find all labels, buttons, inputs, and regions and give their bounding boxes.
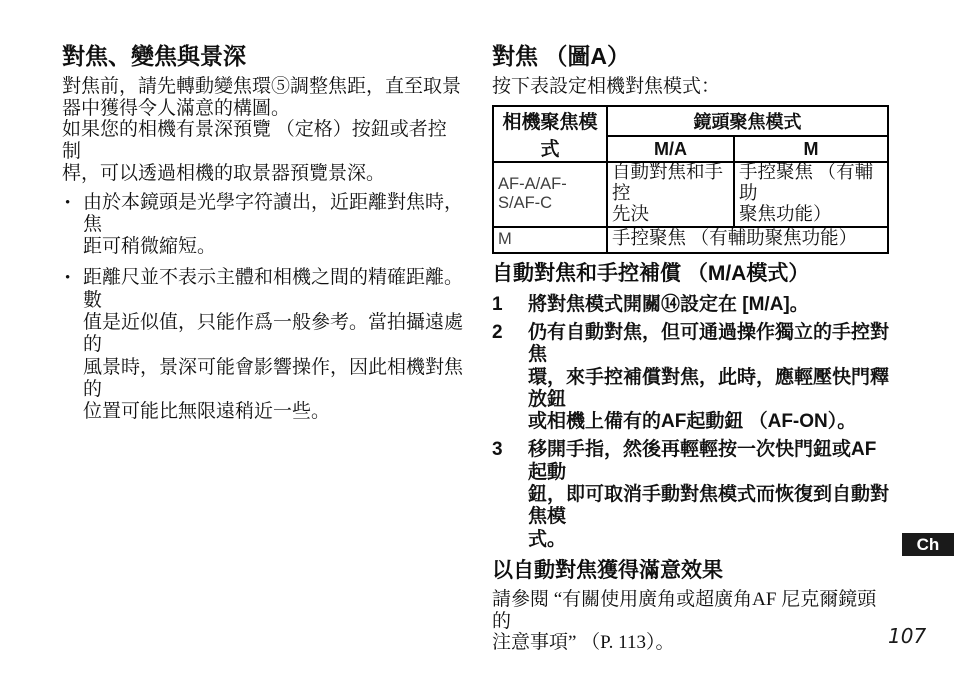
list-item: • 由於本鏡頭是光學字符讀出，近距離對焦時，焦 距可稍微縮短。 bbox=[62, 192, 464, 259]
header-lens-focus-mode: 鏡頭聚焦模式 bbox=[607, 106, 888, 137]
bullet-text-distance-scale: 距離尺並不表示主體和相機之間的精確距離。數 值是近似值，只能作爲一般參考。當拍攝… bbox=[83, 267, 464, 423]
language-badge-ch: Ch bbox=[902, 533, 954, 556]
ma-mode-steps: 1 將對焦模式開關⑭設定在 [M/A]。 2 仍有自動對焦，但可通過操作獨立的手… bbox=[492, 294, 894, 551]
cell-camera-mode-af: AF-A/AF-S/AF-C bbox=[493, 162, 607, 227]
bullet-text-focal-length: 由於本鏡頭是光學字符讀出，近距離對焦時，焦 距可稍微縮短。 bbox=[83, 192, 464, 259]
focus-mode-table: 相機聚焦模式 鏡頭聚焦模式 M/A M AF-A/AF-S/AF-C 自動對焦和… bbox=[492, 105, 889, 254]
cell-camera-mode-m: M bbox=[493, 227, 607, 253]
table-header-row: 相機聚焦模式 鏡頭聚焦模式 bbox=[493, 106, 888, 137]
left-column: 對焦、變焦與景深 對焦前，請先轉動變焦環⑤調整焦距，直至取景 器中獲得令人滿意的… bbox=[62, 42, 464, 432]
bullet-icon: • bbox=[62, 192, 83, 259]
page-number: 107 bbox=[888, 624, 926, 648]
subheader-ma: M/A bbox=[607, 136, 734, 161]
step-number: 2 bbox=[492, 322, 528, 433]
step-item: 2 仍有自動對焦，但可通過操作獨立的手控對焦 環，來手控補償對焦，此時，應輕壓快… bbox=[492, 322, 894, 433]
cell-ma-behavior: 自動對焦和手控 先決 bbox=[607, 162, 734, 227]
step-text-set-switch: 將對焦模式開關⑭設定在 [M/A]。 bbox=[528, 294, 894, 316]
step-text-manual-override: 仍有自動對焦，但可通過操作獨立的手控對焦 環，來手控補償對焦，此時，應輕壓快門釋… bbox=[528, 322, 894, 433]
subheader-m: M bbox=[734, 136, 888, 161]
list-item: • 距離尺並不表示主體和相機之間的精確距離。數 值是近似值，只能作爲一般參考。當… bbox=[62, 267, 464, 423]
cell-m-behavior: 手控聚焦 （有輔助 聚焦功能） bbox=[734, 162, 888, 227]
step-item: 3 移開手指，然後再輕輕按一次快門鈕或AF起動 鈕，即可取消手動對焦模式而恢復到… bbox=[492, 439, 894, 550]
step-text-cancel-manual: 移開手指，然後再輕輕按一次快門鈕或AF起動 鈕，即可取消手動對焦模式而恢復到自動… bbox=[528, 439, 894, 550]
right-column: 對焦 （圖A） 按下表設定相機對焦模式： 相機聚焦模式 鏡頭聚焦模式 M/A M… bbox=[492, 42, 894, 654]
focus-table-intro: 按下表設定相機對焦模式： bbox=[492, 76, 894, 98]
bullet-icon: • bbox=[62, 267, 83, 423]
step-number: 3 bbox=[492, 439, 528, 550]
cell-m-span-behavior: 手控聚焦 （有輔助聚焦功能） bbox=[607, 227, 888, 253]
header-camera-focus-mode: 相機聚焦模式 bbox=[493, 106, 607, 162]
table-row: AF-A/AF-S/AF-C 自動對焦和手控 先決 手控聚焦 （有輔助 聚焦功能… bbox=[493, 162, 888, 227]
section-title-good-af-results: 以自動對焦獲得滿意效果 bbox=[492, 559, 894, 583]
step-item: 1 將對焦模式開關⑭設定在 [M/A]。 bbox=[492, 294, 894, 316]
section-title-focus-zoom-dof: 對焦、變焦與景深 bbox=[62, 42, 464, 70]
good-af-results-text: 請參閱 “有關使用廣角或超廣角AF 尼克爾鏡頭的 注意事項” （P. 113）。 bbox=[492, 589, 894, 654]
table-row: M 手控聚焦 （有輔助聚焦功能） bbox=[493, 227, 888, 253]
step-number: 1 bbox=[492, 294, 528, 316]
section-title-focusing: 對焦 （圖A） bbox=[492, 42, 894, 70]
notes-bullet-list: • 由於本鏡頭是光學字符讀出，近距離對焦時，焦 距可稍微縮短。 • 距離尺並不表… bbox=[62, 192, 464, 424]
manual-page: 對焦、變焦與景深 對焦前，請先轉動變焦環⑤調整焦距，直至取景 器中獲得令人滿意的… bbox=[0, 0, 954, 677]
focus-zoom-paragraph: 對焦前，請先轉動變焦環⑤調整焦距，直至取景 器中獲得令人滿意的構圖。 如果您的相… bbox=[62, 76, 464, 185]
section-title-ma-mode: 自動對焦和手控補償 （M/A模式） bbox=[492, 262, 894, 286]
